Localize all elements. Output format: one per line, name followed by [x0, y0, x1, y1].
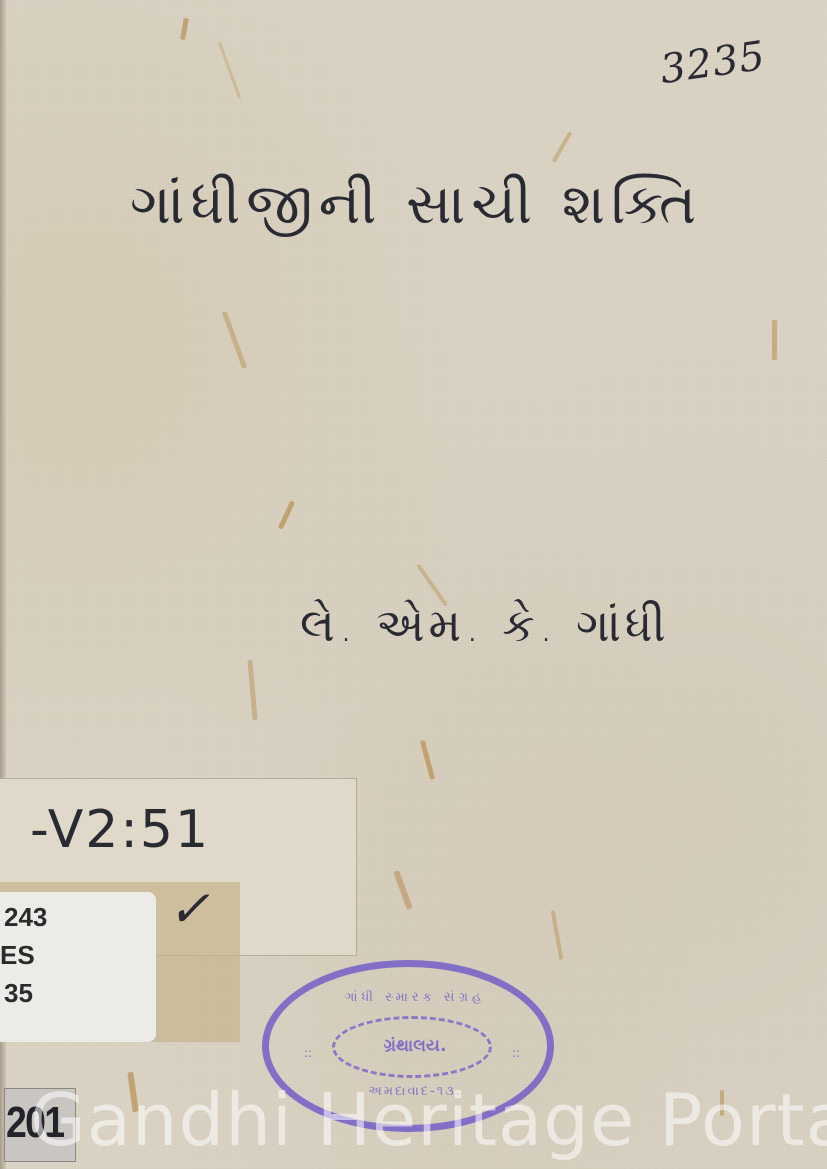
paper-fiber: [772, 320, 777, 360]
sticker-line: 35: [4, 978, 33, 1009]
book-author: લે. એમ. કે. ગાંધી: [300, 598, 670, 654]
stamp-top-text: ગાંધી સ્મારક સંગ્રહ: [300, 990, 530, 1005]
call-number: -V2:51: [30, 800, 210, 860]
stamp-center-text: ગ્રંથાલય.: [340, 1036, 490, 1056]
sticker-line: 243: [4, 902, 47, 933]
sticker-line: ES: [0, 940, 35, 971]
tick-mark-icon: ✓: [168, 880, 210, 938]
watermark: Gandhi Heritage Portal: [30, 1078, 827, 1162]
book-title: ગાંધીજીની સાચી શક્તિ: [130, 172, 702, 238]
stamp-dots-right: ::: [506, 1046, 526, 1060]
stamp-dots-left: ::: [298, 1046, 318, 1060]
